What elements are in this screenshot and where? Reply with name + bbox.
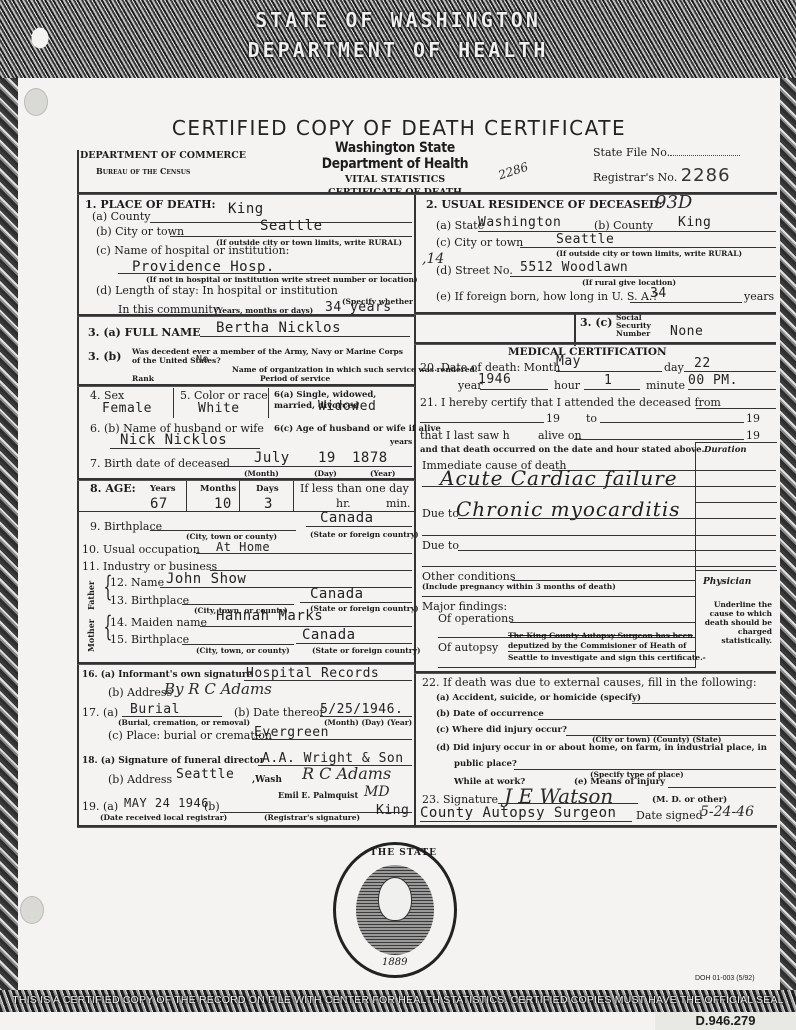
decedent-name: Bertha Nicklos	[216, 320, 341, 336]
disposition-note: (Burial, cremation, or removal)	[118, 718, 250, 727]
ssn-number-label: 3. (c)	[580, 316, 612, 329]
underline	[122, 716, 222, 717]
underline	[556, 371, 662, 372]
mother-birthplace-label: 15. Birthplace	[110, 633, 189, 646]
duration-header: Duration	[704, 445, 747, 455]
death-minute-label: minute	[646, 379, 685, 392]
registrar-number: 2286	[681, 165, 731, 186]
month-note: (Month)	[244, 469, 279, 478]
less-than-day-label: If less than one day	[300, 482, 409, 495]
mother-name-label: 14. Maiden name	[110, 616, 207, 629]
cell-divider	[293, 481, 294, 511]
underline	[182, 604, 294, 605]
age-days: 3	[264, 496, 273, 512]
minutes-label: min.	[386, 497, 411, 510]
registrar-note: (Registrar's signature)	[264, 813, 360, 822]
underline	[118, 273, 412, 274]
marital-status: Widowed	[318, 399, 376, 414]
residence-handwritten: 93D	[655, 192, 692, 213]
age-years-label: Years	[150, 484, 176, 494]
birth-month: July	[254, 450, 290, 466]
residence-heading: 2. USUAL RESIDENCE OF DECEASED:	[426, 198, 663, 211]
due-to-2-label: Due to	[422, 539, 459, 552]
military-answer: No	[196, 354, 209, 365]
residence-street: 5512 Woodlawn	[520, 260, 628, 275]
other-conditions-note: (Include pregnancy within 3 months of de…	[422, 582, 616, 591]
informant-address: By R C Adams	[164, 680, 272, 698]
disposition-label: 17. (a)	[82, 706, 118, 719]
date-signed: 5-24-46	[700, 804, 754, 820]
age-label: 8. AGE:	[90, 482, 136, 495]
registrar-label: Registrar's No.	[593, 171, 677, 184]
date-signed-label: Date signed	[636, 809, 703, 822]
certification-notice: THIS IS A CERTIFIED COPY OF THE RECORD O…	[0, 994, 796, 1006]
underline	[300, 602, 412, 603]
birthplace-country: Canada	[320, 510, 374, 526]
banner-department: DEPARTMENT OF HEALTH	[0, 38, 796, 62]
occupation-value: At Home	[216, 540, 270, 554]
banner-state: STATE OF WASHINGTON	[0, 8, 796, 32]
burial-date-label: (b) Date thereof	[234, 706, 323, 719]
underline	[632, 703, 776, 704]
underline	[510, 276, 776, 277]
informant-address-label: (b) Address	[108, 686, 172, 699]
divider	[77, 825, 777, 828]
underline	[320, 716, 412, 717]
registrar-sig-label: (b)	[204, 800, 220, 813]
spouse-age-unit: years	[390, 437, 412, 446]
burial-date: 5/25/1946.	[320, 702, 403, 717]
hospital-label: (c) Name of hospital or institution:	[96, 244, 289, 257]
underline	[170, 236, 412, 237]
birth-year: 1878	[352, 450, 388, 466]
state-country-note: (State or foreign country)	[312, 646, 421, 655]
age-months: 10	[214, 496, 232, 512]
autopsy-struck-text: The King County Autopsy Surgeon has been	[508, 631, 693, 640]
year-note: (Year)	[370, 469, 395, 478]
underline	[630, 302, 742, 303]
race-value: White	[198, 401, 240, 416]
underline	[182, 644, 294, 645]
punch-hole-icon	[20, 896, 44, 924]
underline	[422, 566, 776, 567]
year-prefix: 19	[546, 412, 560, 425]
full-name-label: 3. (a) FULL NAME	[88, 326, 201, 339]
birth-label: 7. Birth date of deceased	[90, 457, 230, 470]
death-year: 1946	[478, 372, 511, 387]
divider	[77, 478, 415, 481]
underline	[688, 389, 776, 390]
agency-block: Washington State Department of Health VI…	[280, 140, 510, 198]
death-day-label: day	[664, 361, 684, 374]
underline	[200, 336, 410, 337]
underline	[600, 422, 744, 423]
received-note: (Date received local registrar)	[100, 813, 227, 822]
spouse-age-label: 6(c) Age of husband or wife if alive	[274, 424, 441, 434]
residence-state: Washington	[478, 215, 561, 230]
underline	[218, 466, 412, 467]
last-saw-label: that I last saw h	[420, 429, 510, 442]
foreign-label: (e) If foreign born, how long in U. S. A…	[436, 290, 658, 303]
underline	[695, 502, 777, 503]
birth-day: 19	[318, 450, 336, 466]
underline	[420, 422, 544, 423]
father-side-label: Father	[86, 581, 96, 610]
underline	[160, 587, 412, 588]
seal-year: 1889	[382, 957, 407, 968]
autopsy-text-1: deputized by the Commisioner of Heath of	[508, 641, 686, 650]
injury-place-label: (d) Did injury occur in or about home, o…	[436, 743, 767, 753]
director-address-label: (b) Address	[108, 773, 172, 786]
years-label: years	[744, 290, 774, 303]
dept-commerce: DEPARTMENT OF COMMERCE Bureau of the Cen…	[80, 150, 246, 176]
underline	[150, 530, 296, 531]
burial-place: Evergreen	[254, 725, 329, 740]
director-signature: R C Adams	[302, 764, 391, 783]
year-prefix: 19	[746, 412, 760, 425]
funeral-director-label: 18. (a) Signature of funeral director	[82, 756, 265, 766]
divider	[414, 312, 776, 315]
due-to-label: Due to	[422, 507, 459, 520]
years-in-usa: 34	[650, 286, 667, 301]
occupation-label: 10. Usual occupation	[82, 543, 200, 556]
informant-value: Hospital Records	[246, 666, 379, 681]
res-city-label: (c) City or town	[436, 236, 523, 249]
vital-statistics: VITAL STATISTICS	[280, 174, 510, 185]
accident-label: (a) Accident, suicide, or homicide (spec…	[436, 693, 641, 703]
washington-portrait-icon	[378, 877, 412, 921]
underline	[520, 247, 776, 248]
seal-text-top: THE STATE	[370, 848, 437, 858]
underline	[296, 643, 412, 644]
age-days-label: Days	[256, 484, 279, 494]
father-name-label: 12. Name	[110, 576, 164, 589]
spouse-name: Nick Nicklos	[120, 432, 227, 448]
injury-location-label: (c) Where did injury occur?	[436, 725, 567, 735]
underline	[584, 389, 640, 390]
occurred-statement: and that death occurred on the date and …	[420, 445, 704, 455]
state-country-note: (State or foreign country)	[310, 530, 419, 539]
certify-statement: 21. I hereby certify that I attended the…	[420, 396, 721, 409]
underline	[480, 389, 548, 390]
underline	[695, 570, 777, 571]
underline	[196, 553, 412, 554]
underline	[458, 550, 776, 551]
ssn-value: None	[670, 324, 703, 339]
birthplace-label: 9. Birthplace	[90, 520, 162, 533]
dept-label: DEPARTMENT OF COMMERCE	[80, 150, 246, 161]
occurrence-date-label: (b) Date of occurrence	[436, 709, 544, 719]
underline	[422, 486, 776, 487]
public-place-label: public place?	[454, 759, 517, 769]
to-label: to	[586, 412, 597, 425]
death-day: 22	[694, 356, 711, 371]
period-label: Period of service	[260, 374, 330, 383]
seal-portrait	[356, 865, 434, 955]
medical-heading: MEDICAL CERTIFICATION	[508, 346, 667, 358]
mother-side-label: Mother	[86, 619, 96, 652]
duration-column-divider	[695, 442, 696, 668]
age-months-label: Months	[200, 484, 236, 494]
informant-label: 16. (a) Informant's own signature	[82, 670, 252, 680]
death-month: May	[556, 354, 581, 369]
underline	[498, 803, 638, 804]
underline	[438, 667, 695, 668]
autopsy-text-2: Seattle to investigate and sign this cer…	[508, 653, 706, 662]
death-hour: 1	[604, 373, 612, 388]
underline	[508, 651, 695, 652]
father-birthplace: Canada	[310, 586, 364, 602]
underline	[110, 448, 260, 449]
director-address: Seattle	[176, 767, 234, 782]
state-country-note: (State or foreign country)	[310, 604, 419, 613]
underline	[422, 596, 695, 597]
father-name: John Show	[166, 571, 246, 587]
death-hour-label: hour	[554, 379, 580, 392]
cell-divider	[173, 388, 174, 418]
signer-address: County Autopsy Surgeon	[420, 805, 616, 821]
autopsy-label: Of autopsy	[438, 641, 498, 654]
state-seal: THE STATE 1889	[333, 842, 457, 978]
underline	[510, 622, 695, 623]
divider	[414, 342, 776, 345]
underline	[538, 719, 776, 720]
father-birthplace-label: 13. Birthplace	[110, 594, 189, 607]
physician-label: Physician	[703, 577, 751, 587]
military-question: Was decedent ever a member of the Army, …	[132, 347, 412, 365]
state-file-label: State File No.	[593, 146, 670, 159]
military-label: 3. (b)	[88, 350, 121, 363]
death-county: King	[228, 201, 264, 217]
mother-birthplace: Canada	[302, 627, 356, 643]
county-stamp: King	[376, 803, 409, 818]
divider	[77, 384, 415, 387]
state-label: (a) State	[436, 219, 484, 232]
hospital-note: (If not in hospital or institution write…	[146, 275, 418, 284]
cell-divider	[186, 481, 187, 511]
residence-city: Seattle	[556, 232, 614, 247]
res-city-note: (If outside city or town limits, write R…	[556, 249, 742, 258]
cell-divider	[268, 388, 269, 418]
city-town-county-note: (City, town, or county)	[196, 646, 290, 655]
death-city: Seattle	[260, 218, 323, 234]
underline-note: Underline the cause to which death shoul…	[702, 600, 772, 645]
ssn-label: Social Security Number	[616, 314, 660, 338]
underline	[696, 408, 776, 409]
registrar-initials: MD	[364, 784, 390, 800]
underline	[478, 231, 776, 232]
bureau-label: Bureau of the Census	[96, 166, 246, 176]
punch-hole-icon	[24, 88, 48, 116]
underline	[684, 371, 776, 372]
county-label: (a) County	[92, 210, 150, 223]
cell-divider	[239, 481, 240, 511]
divider	[414, 671, 776, 674]
disposition-value: Burial	[130, 702, 180, 717]
document-id: D.946.279	[655, 1012, 796, 1030]
date-received: MAY 24 1946	[124, 796, 209, 810]
residence-county: King	[678, 215, 711, 230]
received-label: 19. (a)	[82, 800, 118, 813]
burial-place-label: (c) Place: burial or cremation	[108, 729, 272, 742]
rank-label: Rank	[132, 374, 154, 383]
duration-header-line	[695, 442, 777, 443]
year-prefix: 19	[746, 429, 760, 442]
underline	[420, 821, 632, 822]
age-years: 67	[150, 496, 168, 512]
external-causes-heading: 22. If death was due to external causes,…	[422, 676, 757, 689]
operations-label: Of operations	[438, 612, 514, 625]
divider	[77, 662, 415, 665]
state-abbrev: ,Wash	[252, 775, 282, 785]
file-numbers: State File No. Registrar's No. 2286	[593, 146, 740, 192]
agency-name: Washington State Department of Health	[294, 140, 496, 172]
day-note: (Day)	[314, 469, 337, 478]
underline	[306, 526, 412, 527]
registrar-name: Emil E. Palmquist	[278, 790, 358, 800]
page-title: CERTIFIED COPY OF DEATH CERTIFICATE	[18, 116, 780, 140]
underline	[252, 739, 412, 740]
alive-on-label: alive on	[538, 429, 582, 442]
street-label: (d) Street No.	[436, 264, 513, 277]
form-left-border	[77, 150, 79, 828]
form-number: DOH 01-003 (5/92)	[695, 975, 755, 982]
death-minute: 00 PM.	[688, 373, 738, 388]
mother-name: Hannah Marks	[216, 608, 323, 624]
underline	[574, 439, 744, 440]
underline	[512, 580, 695, 581]
divider	[77, 314, 415, 317]
community-duration: 34 years	[325, 300, 392, 315]
stay-label: (d) Length of stay: In hospital or insti…	[96, 284, 338, 297]
underline	[422, 535, 776, 536]
underline	[668, 787, 776, 788]
hours-label: hr.	[336, 497, 351, 510]
underline	[458, 518, 776, 519]
sex-value: Female	[102, 401, 152, 416]
burial-date-note: (Month) (Day) (Year)	[324, 718, 412, 727]
